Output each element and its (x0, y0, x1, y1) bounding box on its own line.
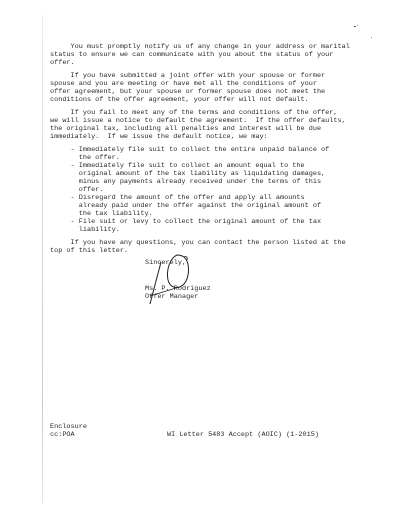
text-line: we will issue a notice to default the ag… (50, 117, 346, 125)
text-line: - Immediately file suit to collect the e… (50, 146, 329, 154)
text-line: the original tax, including all penaltie… (50, 125, 321, 133)
scan-artifact-line (42, 15, 43, 503)
text-line: original amount of the tax liability as … (50, 170, 325, 178)
text-line: You must promptly notify us of any chang… (50, 43, 350, 51)
form-reference: WI Letter 5483 Accept (AOIC) (1-2015) (167, 431, 319, 439)
text-line: - Immediately file suit to collect an am… (50, 162, 305, 170)
text-line: - File suit or levy to collect the origi… (50, 218, 321, 226)
scan-speck (354, 26, 356, 27)
text-line: the offer. (50, 154, 120, 162)
signer-name: Ms. P. Rodriguez (145, 285, 211, 293)
text-line: already paid under the offer against the… (50, 202, 321, 210)
text-line: If you have submitted a joint offer with… (50, 72, 325, 80)
text-line: If you have any questions, you can conta… (50, 239, 346, 247)
text-line: status to ensure we can communicate with… (50, 51, 333, 59)
text-line: the tax liability. (50, 210, 153, 218)
text-line: minus any payments already received unde… (50, 178, 321, 186)
text-line: conditions of the offer agreement, your … (50, 96, 309, 104)
signer-title: Offer Manager (145, 293, 198, 301)
text-line: If you fail to meet any of the terms and… (50, 109, 337, 117)
text-line: spouse and you are meeting or have met a… (50, 80, 317, 88)
handwritten-signature (148, 252, 218, 312)
text-line: offer. (50, 186, 103, 194)
letter-page: You must promptly notify us of any chang… (0, 0, 394, 512)
text-line: top of this letter. (50, 247, 128, 255)
text-line: liability. (50, 226, 120, 234)
text-line: offer. (50, 59, 75, 67)
cc-note: cc:POA (50, 431, 75, 439)
scan-speck (357, 25, 358, 26)
text-line: immediately. If we issue the default not… (50, 133, 268, 141)
enclosure-note: Enclosure (50, 423, 87, 431)
text-line: - Disregard the amount of the offer and … (50, 194, 305, 202)
text-line: offer agreement, but your spouse or form… (50, 88, 325, 96)
scan-speck (371, 37, 372, 38)
